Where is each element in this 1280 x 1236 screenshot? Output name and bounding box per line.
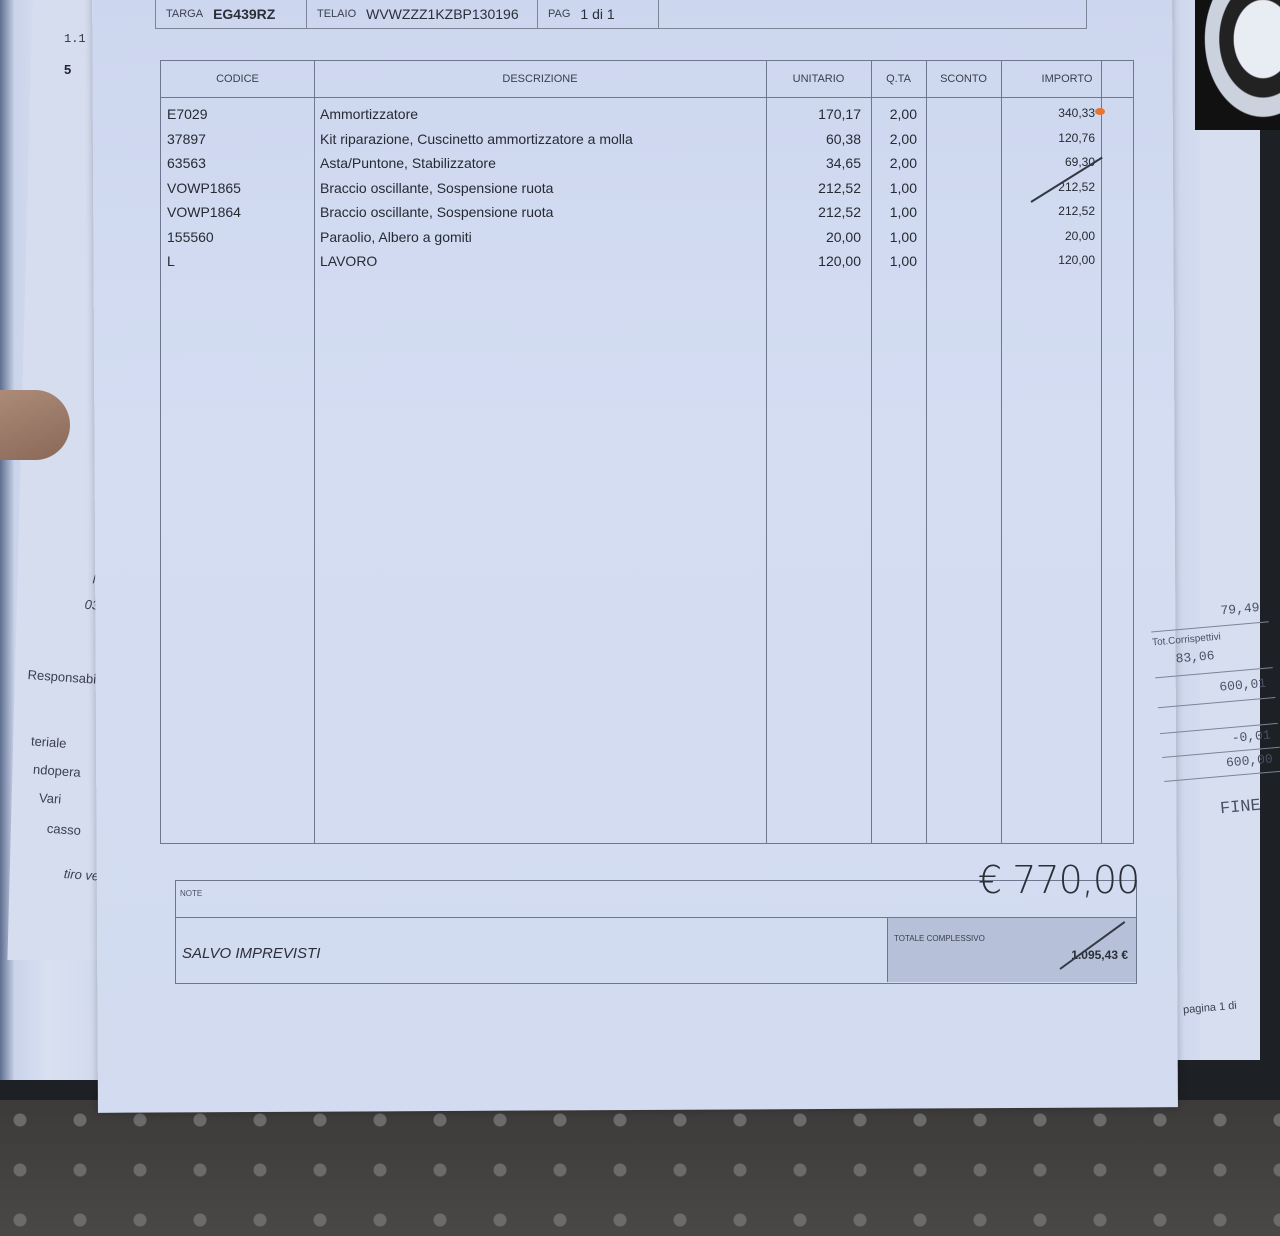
steering-wheel — [1195, 0, 1280, 130]
col-header-description: DESCRIZIONE — [314, 61, 766, 98]
background-sheet-right-edge — [1200, 0, 1260, 1060]
cell-amount: 20,00 — [1065, 229, 1095, 243]
disclaimer-text: SALVO IMPREVISTI — [182, 945, 320, 962]
cell-code: VOWP1864 — [167, 204, 241, 220]
right-receipt: 79,49 Tot.Corrispettivi 83,06 600,01 -0,… — [1149, 595, 1280, 864]
cell-unit-price: 20,00 — [826, 229, 861, 245]
cell-description: Braccio oscillante, Sospensione ruota — [320, 204, 553, 220]
total-label: TOTALE COMPLESSIVO — [894, 934, 985, 943]
cell-amount: 340,33 — [1058, 106, 1095, 120]
plate-label: TARGA — [166, 8, 203, 20]
cell-unit-price: 170,17 — [818, 106, 861, 122]
receipt-line: 83,06 — [1175, 648, 1215, 666]
pen-strike-mark — [1059, 921, 1125, 970]
cell-code: 63563 — [167, 155, 206, 171]
table-row: VOWP1864Braccio oscillante, Sospensione … — [161, 201, 1133, 225]
table-row: E7029Ammortizzatore170,172,00340,33 — [161, 103, 1133, 127]
divider — [1158, 697, 1276, 708]
receipt-line: 79,49 — [1220, 600, 1260, 618]
cell-description: Paraolio, Albero a gomiti — [320, 229, 472, 245]
table-row: VOWP1865Braccio oscillante, Sospensione … — [161, 177, 1133, 201]
table-row: 155560Paraolio, Albero a gomiti20,001,00… — [161, 226, 1133, 250]
plate-cell: TARGA EG439RZ — [156, 0, 307, 28]
receipt-line: 600,00 — [1225, 751, 1273, 770]
cell-code: 155560 — [167, 229, 214, 245]
handwritten-total: € 770,00 — [978, 858, 1139, 902]
receipt-line: Tot.Corrispettivi — [1152, 632, 1222, 649]
left-receipt-line: teriale — [31, 733, 67, 750]
receipt-end-mark: FINE — [1219, 797, 1261, 819]
thumb — [0, 390, 70, 460]
cell-description: Braccio oscillante, Sospensione ruota — [320, 180, 553, 196]
cell-amount: 69,30 — [1065, 155, 1095, 169]
cell-description: Asta/Puntone, Stabilizzatore — [320, 155, 496, 171]
col-header-code: CODICE — [161, 61, 314, 98]
page-cell: PAG 1 di 1 — [538, 0, 659, 28]
cell-unit-price: 60,38 — [826, 131, 861, 147]
cell-code: 37897 — [167, 131, 206, 147]
plate-value: EG439RZ — [213, 6, 275, 22]
orange-dot — [1095, 108, 1105, 115]
cell-unit-price: 212,52 — [818, 204, 861, 220]
page-value: 1 di 1 — [580, 6, 614, 22]
chassis-value: WVWZZZ1KZBP130196 — [366, 6, 519, 22]
cell-qty: 1,00 — [890, 204, 917, 220]
chassis-label: TELAIO — [317, 8, 356, 20]
cell-description: LAVORO — [320, 253, 377, 269]
receipt-line: -0,01 — [1231, 728, 1271, 746]
left-mark-1: 1.1 — [64, 32, 86, 46]
cell-qty: 2,00 — [890, 131, 917, 147]
cell-code: L — [167, 253, 175, 269]
left-receipt-line: casso — [46, 821, 81, 838]
cell-unit-price: 120,00 — [818, 253, 861, 269]
cell-amount: 212,52 — [1058, 204, 1095, 218]
cell-qty: 1,00 — [890, 253, 917, 269]
cell-unit-price: 212,52 — [818, 180, 861, 196]
col-header-qty: Q.TA — [871, 61, 926, 98]
divider — [1151, 621, 1269, 632]
chassis-cell: TELAIO WVWZZZ1KZBP130196 — [307, 0, 538, 28]
cell-qty: 1,00 — [890, 180, 917, 196]
divider — [1164, 771, 1280, 782]
col-header-unit-price: UNITARIO — [766, 61, 871, 98]
left-receipt-line: Vari — [39, 790, 62, 807]
cell-amount: 120,76 — [1058, 131, 1095, 145]
cell-unit-price: 34,65 — [826, 155, 861, 171]
table-row: LLAVORO120,001,00120,00 — [161, 250, 1133, 274]
col-header-amount: IMPORTO — [1001, 61, 1133, 98]
left-receipt-line: ndopera — [33, 762, 82, 780]
car-seat — [0, 1100, 1280, 1236]
cell-qty: 2,00 — [890, 106, 917, 122]
cell-qty: 2,00 — [890, 155, 917, 171]
cell-amount: 120,00 — [1058, 253, 1095, 267]
cell-description: Ammortizzatore — [320, 106, 418, 122]
cell-code: VOWP1865 — [167, 180, 241, 196]
notes-label: NOTE — [180, 889, 202, 898]
cell-description: Kit riparazione, Cuscinetto ammortizzato… — [320, 131, 633, 147]
vehicle-header: TARGA EG439RZ TELAIO WVWZZZ1KZBP130196 P… — [155, 0, 1087, 29]
page-label: PAG — [548, 8, 570, 20]
parts-table: CODICE DESCRIZIONE UNITARIO Q.TA SCONTO … — [160, 60, 1134, 844]
receipt-line: 600,01 — [1219, 676, 1267, 695]
total-box: TOTALE COMPLESSIVO 1.095,43 € — [887, 918, 1136, 982]
table-row: 63563Asta/Puntone, Stabilizzatore34,652,… — [161, 152, 1133, 176]
cell-qty: 1,00 — [890, 229, 917, 245]
col-header-discount: SCONTO — [926, 61, 1001, 98]
left-receipt-line: Responsabil — [27, 667, 99, 687]
table-row: 37897Kit riparazione, Cuscinetto ammorti… — [161, 128, 1133, 152]
cell-code: E7029 — [167, 106, 207, 122]
left-mark-2: 5 — [64, 62, 71, 77]
header-blank — [659, 0, 1086, 28]
